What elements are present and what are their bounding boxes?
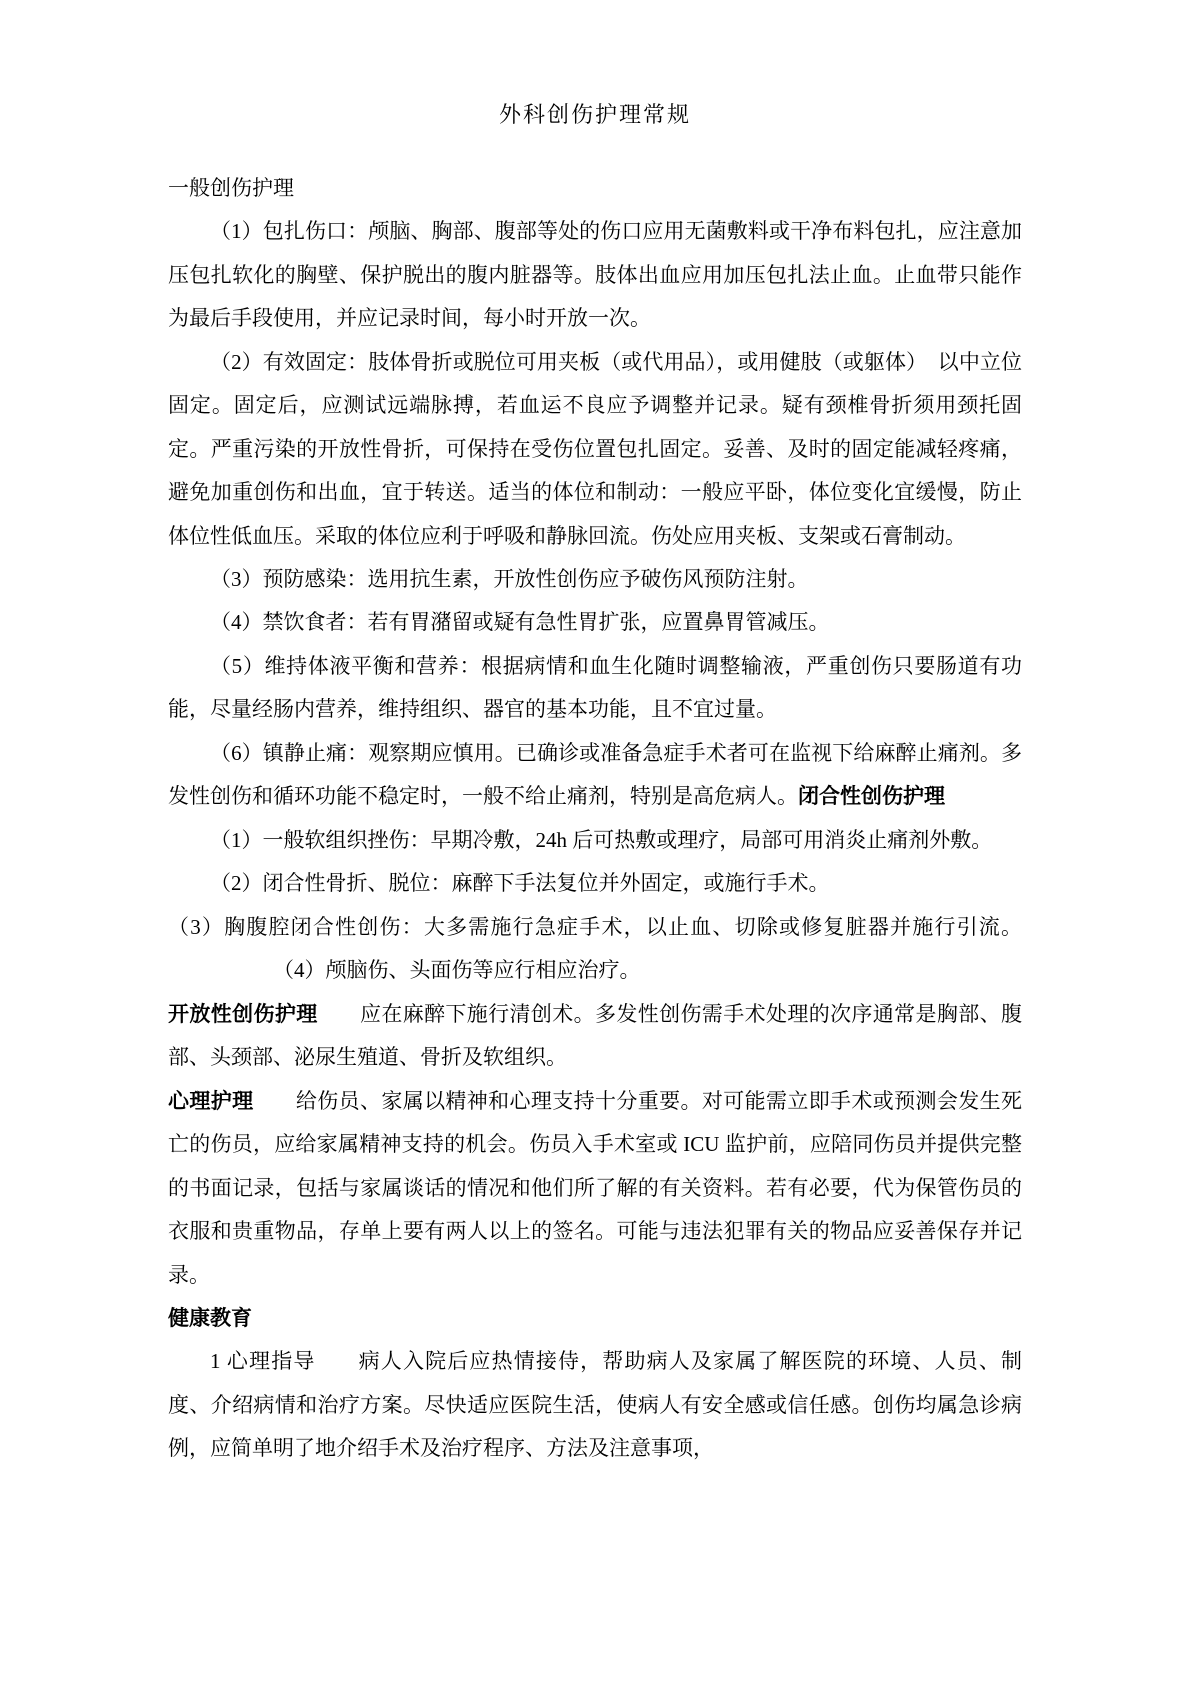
psych-guidance-lead: 1 心理指导	[210, 1349, 316, 1373]
para-effective-fixation: （2）有效固定：肢体骨折或脱位可用夹板（或代用品），或用健肢（或躯体） 以中立位…	[168, 341, 1022, 558]
para-closed-thoracoabdominal: （3）胸腹腔闭合性创伤：大多需施行急症手术，以止血、切除或修复脏器并施行引流。（…	[168, 906, 1022, 993]
heading-closed-trauma-care: 闭合性创伤护理	[798, 784, 945, 808]
para-sedation-analgesia: （6）镇静止痛：观察期应慎用。已确诊或准备急症手术者可在监视下给麻醉止痛剂。多发…	[168, 732, 1022, 819]
para-fluid-nutrition: （5）维持体液平衡和营养：根据病情和血生化随时调整输液，严重创伤只要肠道有功能，…	[168, 645, 1022, 732]
heading-psychological-care: 心理护理	[168, 1089, 253, 1113]
psychological-care-text: 给伤员、家属以精神和心理支持十分重要。对可能需立即手术或预测会发生死亡的伤员，应…	[168, 1089, 1022, 1287]
para-open-trauma-care: 开放性创伤护理应在麻醉下施行清创术。多发性创伤需手术处理的次序通常是胸部、腹部、…	[168, 993, 1022, 1080]
para-fasting: （4）禁饮食者：若有胃潴留或疑有急性胃扩张，应置鼻胃管减压。	[168, 601, 1022, 644]
heading-open-trauma-care: 开放性创伤护理	[168, 1002, 318, 1026]
heading-general-trauma-care: 一般创伤护理	[168, 167, 1022, 210]
para-infection-prevention: （3）预防感染：选用抗生素，开放性创伤应予破伤风预防注射。	[168, 558, 1022, 601]
para-closed-fracture-dislocation: （2）闭合性骨折、脱位：麻醉下手法复位并外固定，或施行手术。	[168, 862, 1022, 905]
document-page: 外科创伤护理常规 一般创伤护理 （1）包扎伤口：颅脑、胸部、腹部等处的伤口应用无…	[0, 0, 1190, 1684]
closed-thoracoabdominal-text: （3）胸腹腔闭合性创伤：大多需施行急症手术，以止血、切除或修复脏器并施行引流。	[168, 915, 1022, 939]
heading-health-education: 健康教育	[168, 1297, 1022, 1340]
para-closed-soft-tissue: （1）一般软组织挫伤：早期冷敷，24h 后可热敷或理疗，局部可用消炎止痛剂外敷。	[168, 819, 1022, 862]
para-psych-guidance: 1 心理指导病人入院后应热情接侍，帮助病人及家属了解医院的环境、人员、制度、介绍…	[168, 1340, 1022, 1470]
para-psychological-care: 心理护理给伤员、家属以精神和心理支持十分重要。对可能需立即手术或预测会发生死亡的…	[168, 1080, 1022, 1297]
page-title: 外科创伤护理常规	[168, 100, 1022, 131]
para-head-face-injury: （4）颅脑伤、头面伤等应行相应治疗。	[273, 958, 641, 982]
para-bandage-wounds: （1）包扎伤口：颅脑、胸部、腹部等处的伤口应用无菌敷料或干净布料包扎，应注意加压…	[168, 210, 1022, 340]
